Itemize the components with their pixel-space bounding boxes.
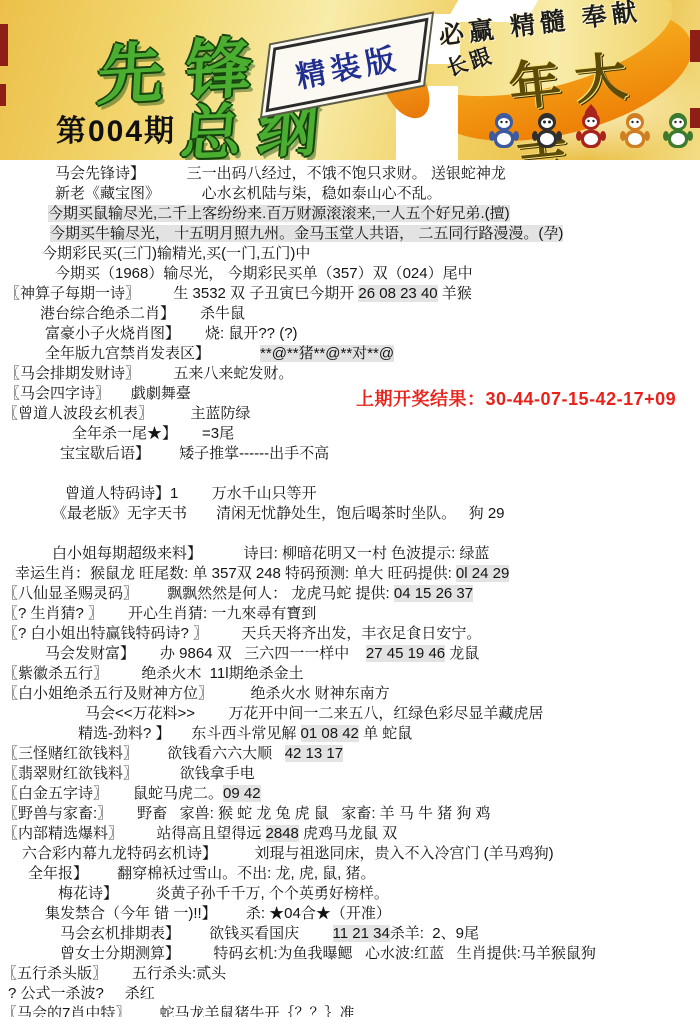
text-line: 新老《藏宝图》 心水玄机陆与柒，稳如泰山心不乱。 xyxy=(0,184,700,204)
highlighted-text: 42 13 17 xyxy=(285,745,343,762)
text-segment: 虎鸡马龙鼠 双 xyxy=(299,825,397,842)
edition-badge-label: 精装版 xyxy=(291,33,402,96)
text-line: 〖? 白小姐出特赢钱特码诗? 〗 天兵天将齐出发，丰衣足食日安宁。 xyxy=(0,624,700,644)
text-line: 〖八仙显圣赐灵码〗 飘飘然然是何人： 龙虎马蛇 提供: 04 15 26 37 xyxy=(0,584,700,604)
text-line: 马会<<万花料>> 万花开中间一二来五八，红绿色彩尽显羊藏虎居 xyxy=(0,704,700,724)
text-segment: 富豪小子火烧肖图】 烧: 鼠开?? (?) xyxy=(45,325,298,342)
text-line: 〖白金五字诗〗 鼠蛇马虎二。09 42 xyxy=(0,784,700,804)
text-segment: 〖神算子每期一诗〗 生 3532 双 子丑寅巳今期开 xyxy=(5,285,358,302)
text-segment: 杀羊: 2、9尾 xyxy=(390,925,479,942)
text-line: 幸运生肖：猴鼠龙 旺尾数: 单 357双 248 特码预测: 单大 旺码提供: … xyxy=(0,564,700,584)
masthead-header: 先锋 总纲 精装版 第004期 必赢 精髓 奉献 长跟 年大吉 xyxy=(0,0,700,160)
text-line: 〖? 生肖猜? 〗 开心生肖猜: 一九來尋有寶到 xyxy=(0,604,700,624)
right-edge-red-mark xyxy=(690,30,700,62)
orange-mascot-icon xyxy=(617,110,653,154)
text-line: 〖马会的7肖中特〗 蛇马龙羊鼠猪牛开｛？？｝准 xyxy=(0,1004,700,1017)
highlighted-text: 27 45 19 46 xyxy=(366,645,445,662)
text-segment: 港台综合绝杀二肖】 杀牛鼠 xyxy=(40,305,245,322)
text-line: 今期买（1968）输尽光， 今期彩民买单（357）双（024）尾中 xyxy=(0,264,700,284)
text-segment: 幸运生肖：猴鼠龙 旺尾数: 单 357双 248 特码预测: 单大 旺码提供: xyxy=(15,565,456,582)
text-segment: 〖马会排期发财诗〗 五来八来蛇发财。 xyxy=(5,365,293,382)
highlighted-text: 今期买鼠输尽光,二千上客纷纷来.百万财源滚滚来,一人五个好兄弟.(擅) xyxy=(48,205,510,222)
highlighted-text: 09 42 xyxy=(223,785,261,802)
highlighted-text: **@**猪**@**对**@ xyxy=(260,345,394,362)
text-segment: 全年版九宫禁肖发表区】 xyxy=(45,345,260,362)
body-lines: 马会先锋诗】 三一出码八经过，不饿不饱只求财。 送银蛇神龙新老《藏宝图》 心水玄… xyxy=(0,160,700,1017)
text-segment: 〖八仙显圣赐灵码〗 飘飘然然是何人： 龙虎马蛇 提供: xyxy=(3,585,394,602)
text-segment: 六合彩内幕九龙特码玄机诗】 刘琨与祖逖同床，贵入不入冷宫门 (羊马鸡狗) xyxy=(22,845,554,862)
text-line: 〖马会排期发财诗〗 五来八来蛇发财。 xyxy=(0,364,700,384)
text-segment: 白小姐每期超级来料】 诗曰: 柳暗花明又一村 色波提示: 绿蓝 xyxy=(52,545,490,562)
left-edge-red-mark xyxy=(0,24,8,66)
text-line: 〖五行杀头版〗 五行杀头:贰头 xyxy=(0,964,700,984)
text-segment: 宝宝歇后语】 矮子推掌------出手不高 xyxy=(60,445,329,462)
text-line: 六合彩内幕九龙特码玄机诗】 刘琨与祖逖同床，贵入不入冷宫门 (羊马鸡狗) xyxy=(0,844,700,864)
highlighted-text: 今期买牛输尽光， 十五明月照九州。金马玉堂人共语， 二五同行路漫漫。(孕) xyxy=(50,225,563,242)
text-segment: 马会<<万花料>> 万花开中间一二来五八，红绿色彩尽显羊藏虎居 xyxy=(85,705,543,722)
text-line: 《最老版》无字天书 清闲无忧静处生，饱后喝茶时坐队。 狗 29 xyxy=(0,504,700,524)
text-segment: 梅花诗】 炎黄子孙千千万, 个个英勇好榜样。 xyxy=(58,885,389,902)
right-edge-red-mark xyxy=(690,108,700,128)
text-line: 今期买鼠输尽光,二千上客纷纷来.百万财源滚滚来,一人五个好兄弟.(擅) xyxy=(0,204,700,224)
text-line: 集发禁合（今年 错 一)!!】 杀: ★04合★（开准） xyxy=(0,904,700,924)
text-line xyxy=(0,524,700,544)
lottery-tipsheet-page: 先锋 总纲 精装版 第004期 必赢 精髓 奉献 长跟 年大吉 xyxy=(0,0,700,1017)
text-segment: 〖内部精选爆料〗 站得高且望得远 xyxy=(3,825,266,842)
text-segment: 《最老版》无字天书 清闲无忧静处生，饱后喝茶时坐队。 狗 29 xyxy=(52,505,505,522)
text-segment: 羊猴 xyxy=(438,285,472,302)
text-line: 曾女士分期测算】 特码玄机:为鱼我曝鳃 心水波:红蓝 生肖提供:马羊猴鼠狗 xyxy=(0,944,700,964)
text-line: 全年杀一尾★】 =3尾 xyxy=(0,424,700,444)
text-segment: 〖翡翠财红欲钱料〗 欲钱拿手电 xyxy=(3,765,255,782)
text-line: ? 公式一杀波? 杀红 xyxy=(0,984,700,1004)
text-segment: 马会先锋诗】 三一出码八经过，不饿不饱只求财。 送银蛇神龙 xyxy=(55,165,506,182)
highlighted-text: 11 21 34 xyxy=(333,925,390,942)
text-line: 今期买牛输尽光， 十五明月照九州。金马玉堂人共语， 二五同行路漫漫。(孕) xyxy=(0,224,700,244)
text-line: 〖内部精选爆料〗 站得高且望得远 2848 虎鸡马龙鼠 双 xyxy=(0,824,700,844)
text-segment: 〖紫徽杀五行〗 绝杀火木 11l期绝杀金土 xyxy=(3,665,304,682)
text-line xyxy=(0,464,700,484)
text-segment: 今期买（1968）输尽光， 今期彩民买单（357）双（024）尾中 xyxy=(55,265,473,282)
text-segment: ? 公式一杀波? 杀红 xyxy=(8,985,155,1002)
issue-number-label: 第004期 xyxy=(56,106,176,150)
previous-draw-result: 上期开奖结果：30-44-07-15-42-17+09 xyxy=(356,385,676,411)
highlighted-text: 0l 24 29 xyxy=(456,565,509,582)
text-segment: 精选-劲料? 】 东斗西斗常见解 xyxy=(78,725,301,742)
highlighted-text: 2848 xyxy=(266,825,299,842)
left-edge-red-mark xyxy=(0,84,6,106)
text-segment: 〖白金五字诗〗 鼠蛇马虎二。 xyxy=(3,785,223,802)
text-line: 〖野兽与家畜:〗 野畜 家兽: 猴 蛇 龙 兔 虎 鼠 家畜: 羊 马 牛 猪 … xyxy=(0,804,700,824)
blue-mascot-icon xyxy=(486,110,522,154)
text-line: 全年报】 翻穿棉袄过雪山。不出: 龙, 虎, 鼠, 猪。 xyxy=(0,864,700,884)
text-line: 〖神算子每期一诗〗 生 3532 双 子丑寅巳今期开 26 08 23 40 羊… xyxy=(0,284,700,304)
text-line: 〖紫徽杀五行〗 绝杀火木 11l期绝杀金土 xyxy=(0,664,700,684)
text-line: 港台综合绝杀二肖】 杀牛鼠 xyxy=(0,304,700,324)
panda-mascot-icon xyxy=(529,110,565,154)
text-segment: 〖马会的7肖中特〗 蛇马龙羊鼠猪牛开｛？？｝准 xyxy=(2,1005,355,1017)
text-segment: 今期彩民买(三门)输精光,买(一门,五门)中 xyxy=(42,245,310,262)
text-line: 今期彩民买(三门)输精光,买(一门,五门)中 xyxy=(0,244,700,264)
text-segment: 马会玄机排期表】 欲钱买看国庆 xyxy=(60,925,333,942)
text-line: 马会先锋诗】 三一出码八经过，不饿不饱只求财。 送银蛇神龙 xyxy=(0,164,700,184)
text-line: 〖白小姐绝杀五行及财神方位〗 绝杀火水 财神东南方 xyxy=(0,684,700,704)
text-segment: 马会发财富】 办 9864 双 三六四一一样中 xyxy=(45,645,366,662)
highlighted-text: 01 08 42 xyxy=(301,725,359,742)
text-line: 白小姐每期超级来料】 诗曰: 柳暗花明又一村 色波提示: 绿蓝 xyxy=(0,544,700,564)
text-segment: 曾道人特码诗】1 万水千山只等开 xyxy=(65,485,317,502)
red-mascot-icon xyxy=(572,104,610,154)
text-line: 精选-劲料? 】 东斗西斗常见解 01 08 42 单 蛇鼠 xyxy=(0,724,700,744)
text-line: 富豪小子火烧肖图】 烧: 鼠开?? (?) xyxy=(0,324,700,344)
mascot-row xyxy=(486,104,696,154)
text-line: 〖三怪赌红欲钱料〗 欲钱看六六大顺 42 13 17 xyxy=(0,744,700,764)
text-line: 梅花诗】 炎黄子孙千千万, 个个英勇好榜样。 xyxy=(0,884,700,904)
highlighted-text: 04 15 26 37 xyxy=(394,585,473,602)
text-segment: 集发禁合（今年 错 一)!!】 杀: ★04合★（开准） xyxy=(45,905,391,922)
highlighted-text: 26 08 23 40 xyxy=(358,285,437,302)
text-line: 曾道人特码诗】1 万水千山只等开 xyxy=(0,484,700,504)
text-segment: 〖白小姐绝杀五行及财神方位〗 绝杀火水 财神东南方 xyxy=(3,685,390,702)
text-segment: 〖马会四字诗〗 戯劇舞臺 xyxy=(5,385,191,402)
text-segment: 新老《藏宝图》 心水玄机陆与柒，稳如泰山心不乱。 xyxy=(55,185,442,202)
text-segment: 曾女士分期测算】 特码玄机:为鱼我曝鳃 心水波:红蓝 生肖提供:马羊猴鼠狗 xyxy=(60,945,596,962)
text-segment: 〖五行杀头版〗 五行杀头:贰头 xyxy=(2,965,226,982)
text-segment: 〖野兽与家畜:〗 野畜 家兽: 猴 蛇 龙 兔 虎 鼠 家畜: 羊 马 牛 猪 … xyxy=(3,805,491,822)
text-segment: 龙鼠 xyxy=(445,645,479,662)
text-segment: 〖三怪赌红欲钱料〗 欲钱看六六大顺 xyxy=(3,745,285,762)
text-segment: 全年报】 翻穿棉袄过雪山。不出: 龙, 虎, 鼠, 猪。 xyxy=(28,865,376,882)
text-segment: 全年杀一尾★】 =3尾 xyxy=(72,425,234,442)
text-line: 宝宝歇后语】 矮子推掌------出手不高 xyxy=(0,444,700,464)
text-line: 马会发财富】 办 9864 双 三六四一一样中 27 45 19 46 龙鼠 xyxy=(0,644,700,664)
text-line: 马会玄机排期表】 欲钱买看国庆 11 21 34杀羊: 2、9尾 xyxy=(0,924,700,944)
text-segment: 〖? 白小姐出特赢钱特码诗? 〗 天兵天将齐出发，丰衣足食日安宁。 xyxy=(3,625,481,642)
text-line: 全年版九宫禁肖发表区】 **@**猪**@**对**@ xyxy=(0,344,700,364)
text-segment: 单 蛇鼠 xyxy=(359,725,412,742)
text-segment: 〖? 生肖猜? 〗 开心生肖猜: 一九來尋有寶到 xyxy=(3,605,316,622)
text-segment: 〖曾道人波段玄机表〗 主蓝防绿 xyxy=(3,405,251,422)
text-line: 〖翡翠财红欲钱料〗 欲钱拿手电 xyxy=(0,764,700,784)
